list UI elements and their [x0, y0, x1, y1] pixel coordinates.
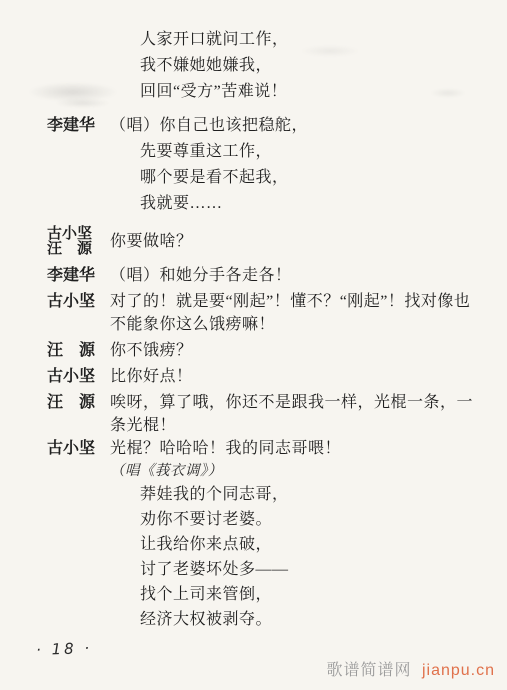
speaker-name: 汪 源	[47, 338, 110, 364]
dialogue-text: 你不饿痨？	[110, 338, 193, 364]
dialogue-text: 比你好点！	[110, 364, 193, 390]
verse-line: 讨了老婆坏处多——	[0, 557, 507, 582]
verse-line: 找个上司来管倒，	[0, 582, 507, 607]
speaker-name: 李建华	[47, 113, 110, 139]
verse-line: 莽娃我的个同志哥，	[0, 482, 507, 507]
verse-line: 我就要……	[0, 191, 507, 217]
verse-line: 先要尊重这工作，	[0, 139, 507, 165]
dialogue-row: 汪 源 你不饿痨？	[0, 338, 507, 364]
speaker-name: 古小坚	[47, 289, 110, 315]
watermark: 歌谱简谱网 jianpu.cn	[326, 657, 495, 680]
verse-line: 劝你不要讨老婆。	[0, 507, 507, 532]
speaker-name-pair: 古小坚 汪 源	[47, 227, 110, 257]
page-number: · 18 ·	[36, 639, 93, 659]
speaker-name: 汪 源	[47, 390, 110, 416]
dialogue-row: 汪 源 唉呀，算了哦，你还不是跟我一样，光棍一条，一	[0, 390, 507, 416]
speaker-name: 古小坚	[47, 436, 110, 462]
watermark-site-name: 歌谱简谱网	[326, 662, 411, 679]
dialogue-text: （唱）和她分手各走各！	[110, 263, 292, 289]
dual-speaker-row: 古小坚 汪 源 你要做啥？	[0, 227, 507, 257]
dialogue-row: 李建华 （唱）和她分手各走各！	[0, 263, 507, 289]
script-book-page: 人家开口就问工作， 我不嫌她她嫌我， 回回“受方”苦难说！ 李建华 （唱）你自己…	[0, 0, 507, 690]
dialogue-text: 你要做啥？	[110, 229, 193, 255]
verse-line: 经济大权被剥夺。	[0, 607, 507, 632]
verse-line: 回回“受方”苦难说！	[0, 79, 507, 105]
dialogue-row: 李建华 （唱）你自己也该把稳舵，	[0, 113, 507, 139]
speaker-name: 李建华	[47, 263, 110, 289]
verse-line: 人家开口就问工作，	[0, 27, 507, 53]
watermark-site-url: jianpu.cn	[422, 662, 495, 679]
speaker-name: 汪 源	[47, 242, 110, 257]
speaker-name: 古小坚	[47, 227, 110, 242]
dialogue-row: 古小坚 比你好点！	[0, 364, 507, 390]
dialogue-text: （唱）你自己也该把稳舵，	[110, 113, 308, 139]
dialogue-continuation: 不能象你这么饿痨嘛！	[0, 312, 507, 338]
verse-line: 哪个要是看不起我，	[0, 165, 507, 191]
speaker-name: 古小坚	[47, 364, 110, 390]
script-text-block: 人家开口就问工作， 我不嫌她她嫌我， 回回“受方”苦难说！ 李建华 （唱）你自己…	[0, 27, 507, 632]
verse-line: 我不嫌她她嫌我，	[0, 53, 507, 79]
verse-line: 让我给你来点破，	[0, 532, 507, 557]
